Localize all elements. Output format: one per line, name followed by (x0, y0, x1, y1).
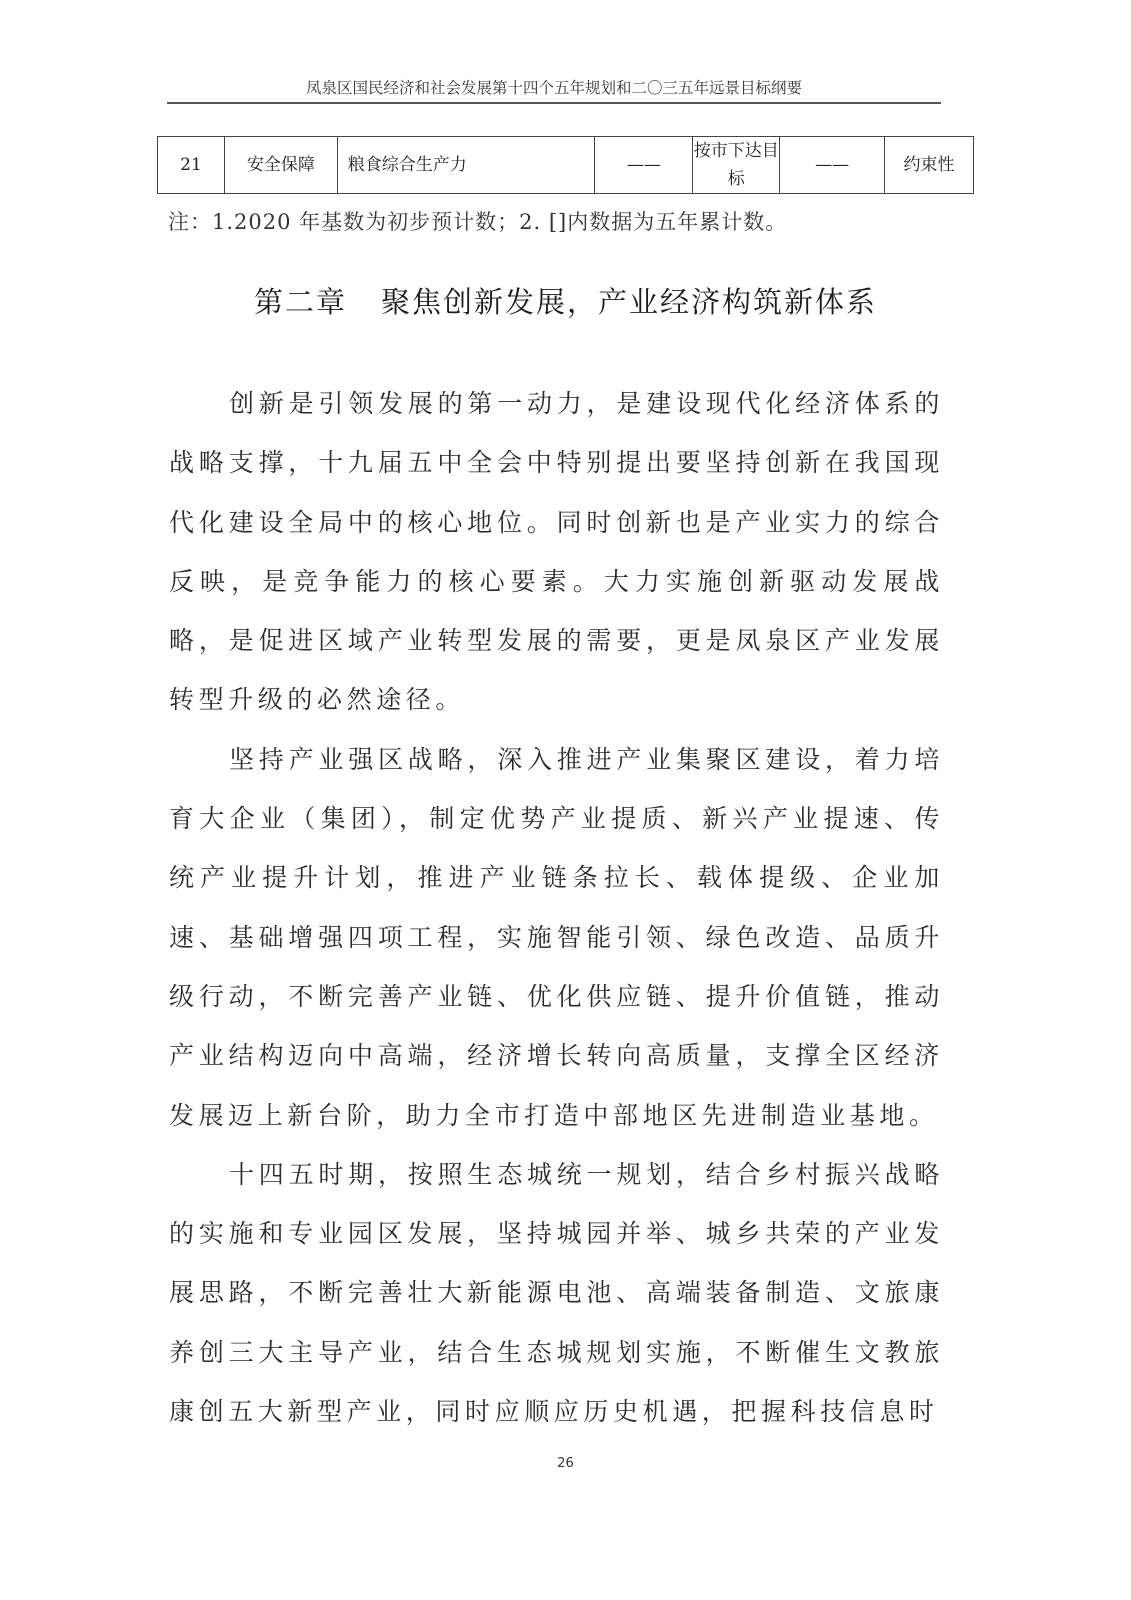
indicator-table: 21 安全保障 粮食综合生产力 —— 按市下达目标 —— 约束性 (157, 136, 974, 194)
chapter-title: 聚焦创新发展，产业经济构筑新体系 (381, 285, 877, 319)
paragraph: 十四五时期，按照生态城统一规划，结合乡村振兴战略的实施和专业园区发展，坚持城园并… (169, 1145, 944, 1441)
table-note: 注：1.2020 年基数为初步预计数；2. []内数据为五年累计数。 (168, 206, 787, 236)
paragraph: 创新是引领发展的第一动力，是建设现代化经济体系的战略支撑，十九届五中全会中特别提… (169, 374, 944, 730)
page-number: 26 (0, 1456, 1131, 1471)
table-row: 21 安全保障 粮食综合生产力 —— 按市下达目标 —— 约束性 (158, 137, 974, 194)
cell-annual-growth: —— (780, 137, 885, 194)
cell-base-2020: —— (595, 137, 693, 194)
paragraph: 坚持产业强区战略，深入推进产业集聚区建设，着力培育大企业（集团），制定优势产业提… (169, 730, 944, 1145)
header-divider (167, 102, 941, 104)
chapter-number: 第二章 (254, 285, 347, 319)
running-header: 凤泉区国民经济和社会发展第十四个五年规划和二〇三五年远景目标纲要 (167, 76, 941, 98)
chapter-heading: 第二章聚焦创新发展，产业经济构筑新体系 (0, 280, 1131, 321)
cell-indicator: 粮食综合生产力 (337, 137, 595, 194)
body-text: 创新是引领发展的第一动力，是建设现代化经济体系的战略支撑，十九届五中全会中特别提… (169, 374, 944, 1441)
cell-index: 21 (158, 137, 225, 194)
cell-category: 安全保障 (224, 137, 337, 194)
cell-target-2025: 按市下达目标 (693, 137, 780, 194)
cell-attribute: 约束性 (885, 137, 974, 194)
